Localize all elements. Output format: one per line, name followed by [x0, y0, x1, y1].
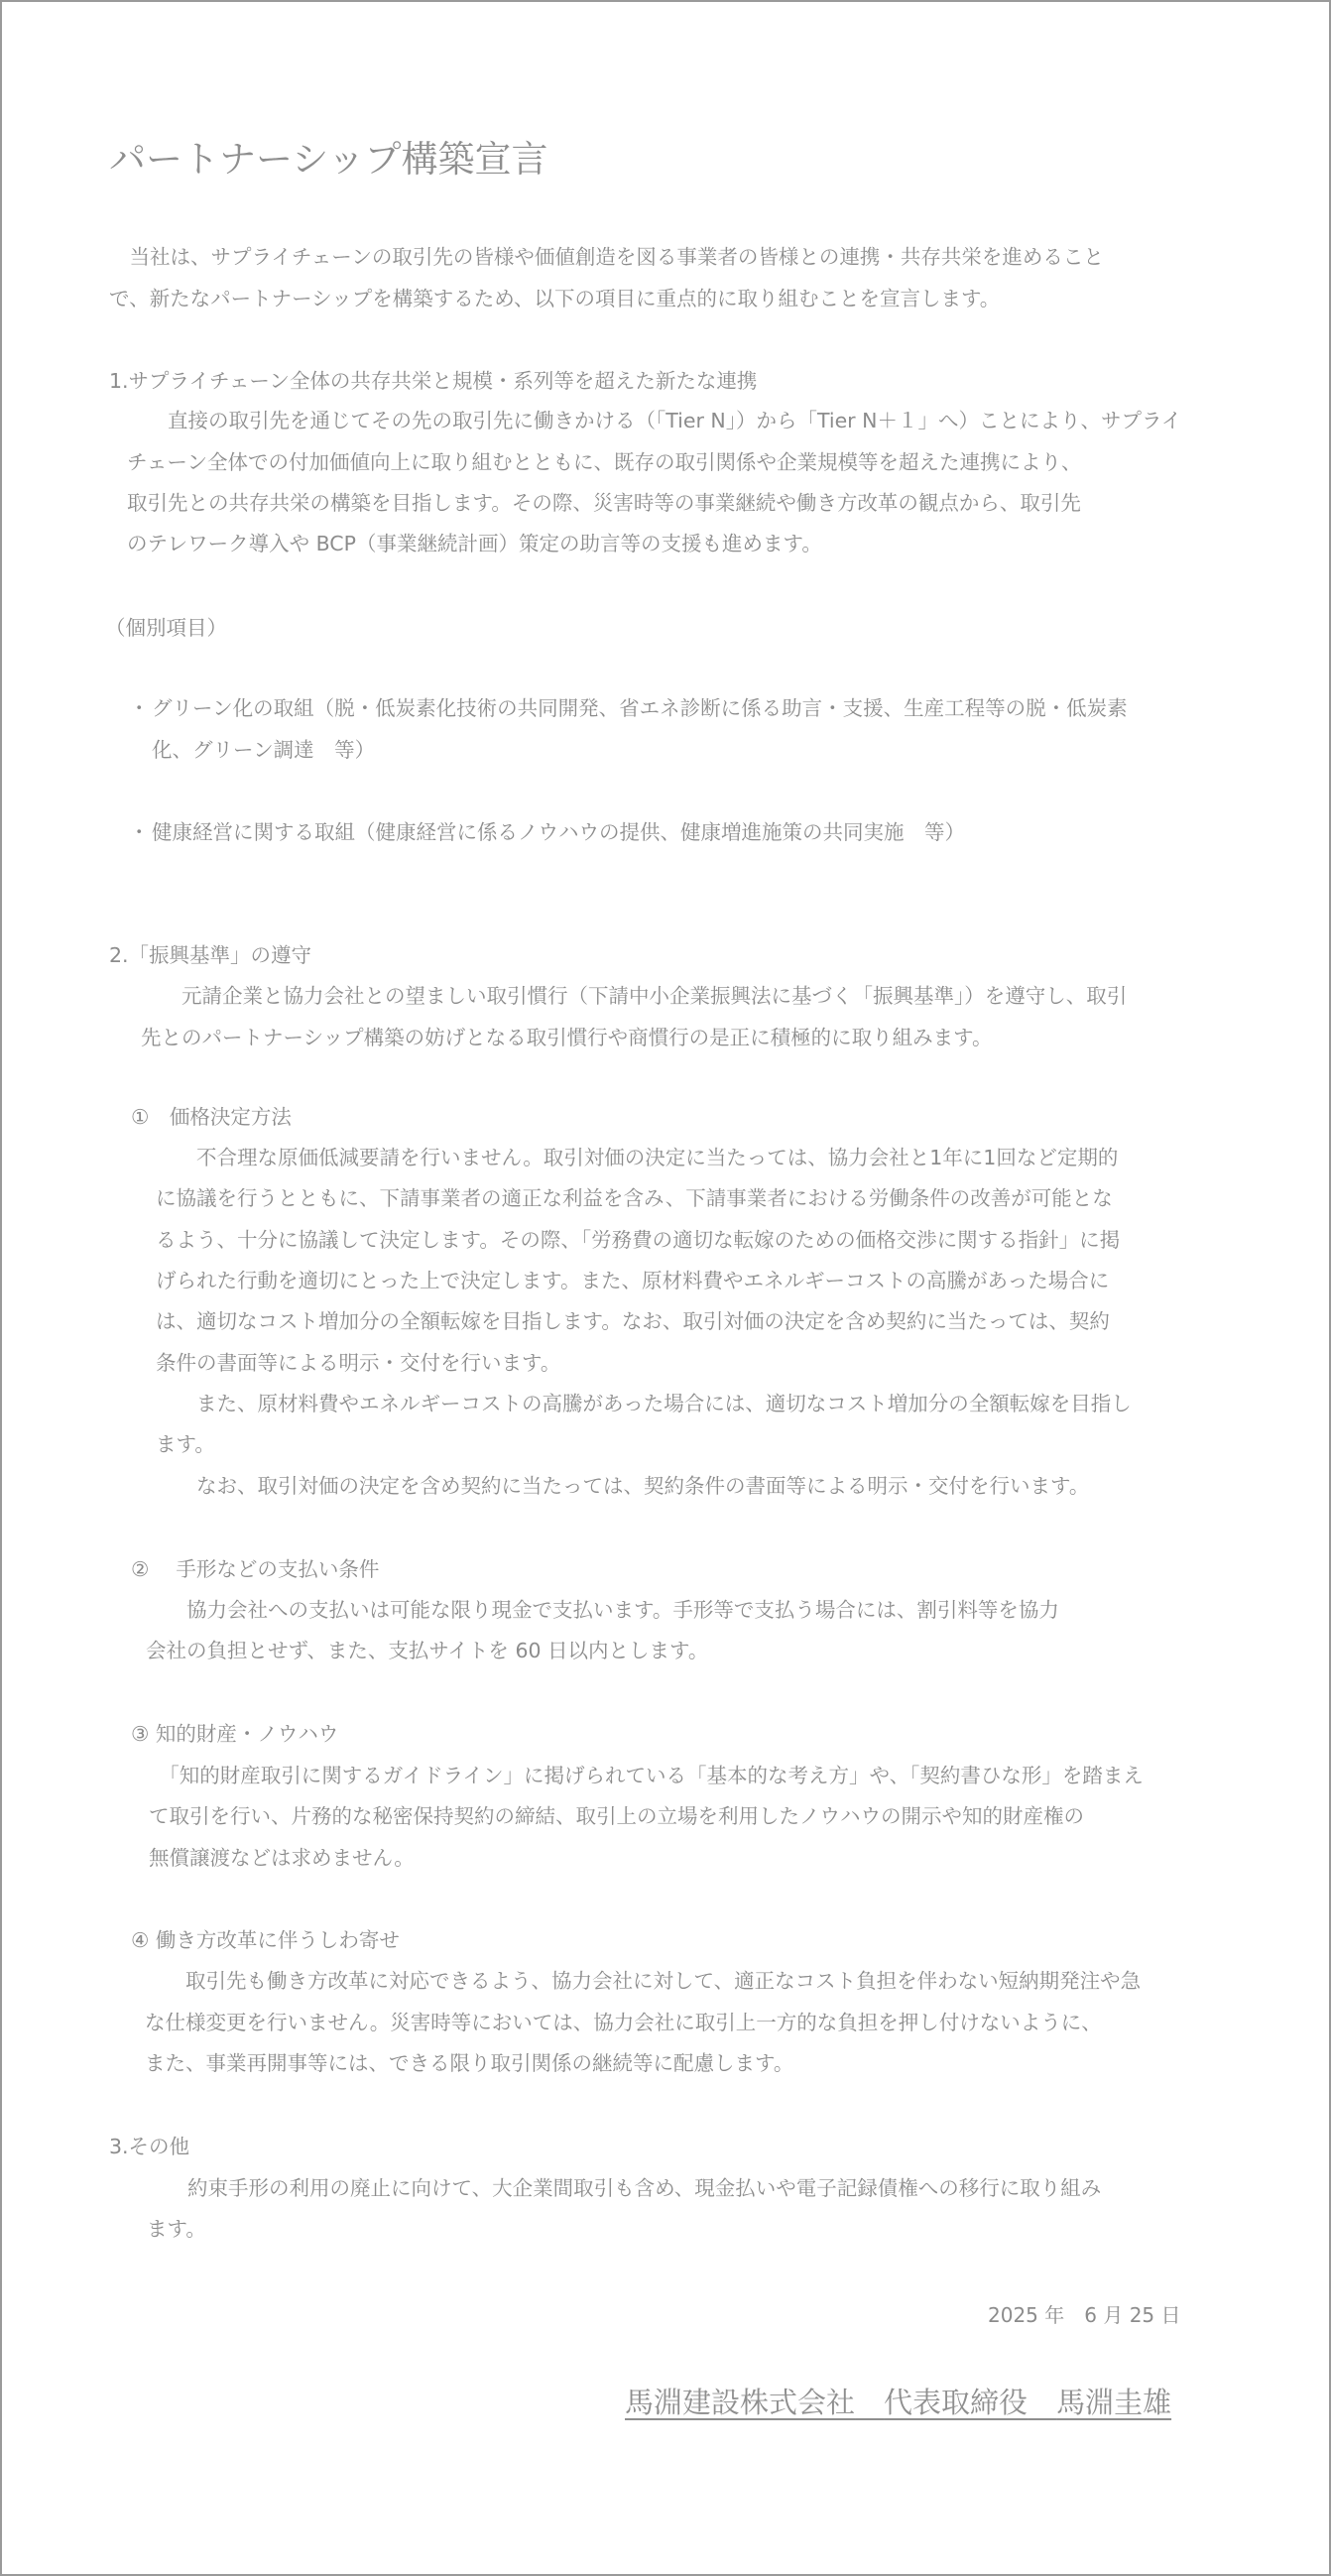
intro-line: で、新たなパートナーシップを構築するため、以下の項目に重点的に取り組むことを宣言…: [109, 285, 1000, 312]
section-1-body-line: 取引先との共存共栄の構築を目指します。その際、災害時等の事業継続や働き方改革の観…: [127, 489, 1081, 517]
company-name: 馬淵建設株式会社: [625, 2386, 855, 2419]
bullet-line: 化、グリーン調達 等）: [152, 736, 375, 764]
section-3-body-line: ます。: [147, 2215, 206, 2243]
item-4-line: また、事業再開事等には、できる限り取引関係の継続等に配慮します。: [145, 2049, 793, 2077]
section-1-body-line: チェーン全体での付加価値向上に取り組むとともに、既存の取引関係や企業規模等を超え…: [127, 448, 1081, 476]
item-1-line: げられた行動を適切にとった上で決定します。また、原材料費やエネルギーコストの高騰…: [156, 1267, 1109, 1294]
item-1-line: 条件の書面等による明示・交付を行います。: [156, 1349, 560, 1377]
bullet-line: 健康経営に関する取組（健康経営に係るノウハウの提供、健康増進施策の共同実施 等）: [152, 818, 965, 846]
section-3-heading: 3.その他: [109, 2133, 189, 2160]
item-1-line: に協議を行うとともに、下請事業者の適正な利益を含み、下請事業者における労働条件の…: [156, 1184, 1113, 1212]
representative-name: 馬淵圭雄: [1056, 2386, 1171, 2419]
bullet-marker: ・: [129, 694, 150, 722]
item-1-line: は、適切なコスト増加分の全額転嫁を目指します。なお、取引対価の決定を含め契約に当…: [156, 1307, 1110, 1335]
item-1-line: るよう、十分に協議して決定します。その際、「労務費の適切な転嫁のための価格交渉に…: [156, 1226, 1120, 1254]
item-4-heading: ④ 働き方改革に伴うしわ寄せ: [131, 1926, 400, 1954]
item-4-line: 取引先も働き方改革に対応できるよう、協力会社に対して、適正なコスト負担を伴わない…: [145, 1967, 1141, 1995]
representative-title: 代表取締役: [884, 2386, 1028, 2419]
page-title: パートナーシップ構築宣言: [109, 129, 548, 183]
item-3-line: て取引を行い、片務的な秘密保持契約の締結、取引上の立場を利用したノウハウの開示や…: [149, 1802, 1084, 1830]
section-1-heading: 1.サプライチェーン全体の共存共栄と規模・系列等を超えた新たな連携: [109, 367, 757, 395]
document-page: { "document": { "title": "パートナーシップ構築宣言",…: [0, 0, 1331, 2576]
bullet-marker: ・: [129, 818, 150, 846]
item-1-heading: ① 価格決定方法: [131, 1103, 292, 1131]
bullet-line: グリーン化の取組（脱・低炭素化技術の共同開発、省エネ診断に係る助言・支援、生産工…: [152, 694, 1128, 722]
item-4-line: な仕様変更を行いません。災害時等においては、協力会社に取引上一方的な負担を押し付…: [145, 2009, 1102, 2036]
section-2-heading: 2.「振興基準」の遵守: [109, 941, 311, 969]
section-1-body-line: のテレワーク導入や BCP（事業継続計画）策定の助言等の支援も進めます。: [127, 530, 822, 557]
item-3-line: 無償譲渡などは求めません。: [149, 1844, 415, 1872]
section-2-body-line: 元請企業と協力会社との望ましい取引慣行（下請中小企業振興法に基づく「振興基準」）…: [141, 982, 1127, 1010]
item-2-line: 会社の負担とせず、また、支払サイトを 60 日以内とします。: [146, 1637, 708, 1664]
item-1-line: 不合理な原価低減要請を行いません。取引対価の決定に当たっては、協力会社と1年に1…: [156, 1144, 1118, 1171]
item-1-line: なお、取引対価の決定を含め契約に当たっては、契約条件の書面等による明示・交付を行…: [156, 1472, 1089, 1500]
item-3-line: 「知的財産取引に関するガイドライン」に掲げられている「基本的な考え方」や、「契約…: [149, 1762, 1144, 1789]
section-2-body-line: 先とのパートナーシップ構築の妨げとなる取引慣行や商慣行の是正に積極的に取り組みま…: [141, 1024, 993, 1051]
item-1-line: ます。: [156, 1430, 215, 1458]
section-3-body-line: 約束手形の利用の廃止に向けて、大企業間取引も含め、現金払いや電子記録債権への移行…: [147, 2174, 1101, 2202]
item-1-line: また、原材料費やエネルギーコストの高騰があった場合には、適切なコスト増加分の全額…: [156, 1390, 1132, 1417]
intro-line: 当社は、サプライチェーンの取引先の皆様や価値創造を図る事業者の皆様との連携・共存…: [109, 243, 1104, 271]
item-2-heading: ② 手形などの支払い条件: [131, 1555, 379, 1583]
item-3-heading: ③ 知的財産・ノウハウ: [131, 1720, 338, 1748]
item-2-line: 協力会社への支払いは可能な限り現金で支払います。手形等で支払う場合には、割引料等…: [146, 1596, 1059, 1624]
individual-items-label: （個別項目）: [105, 614, 227, 642]
section-1-body-line: 直接の取引先を通じてその先の取引先に働きかける（「Tier N」）から「Tier…: [127, 407, 1181, 434]
declaration-date: 2025 年 6 月 25 日: [988, 2299, 1181, 2328]
signature-block: 馬淵建設株式会社 代表取締役 馬淵圭雄: [625, 2381, 1171, 2421]
